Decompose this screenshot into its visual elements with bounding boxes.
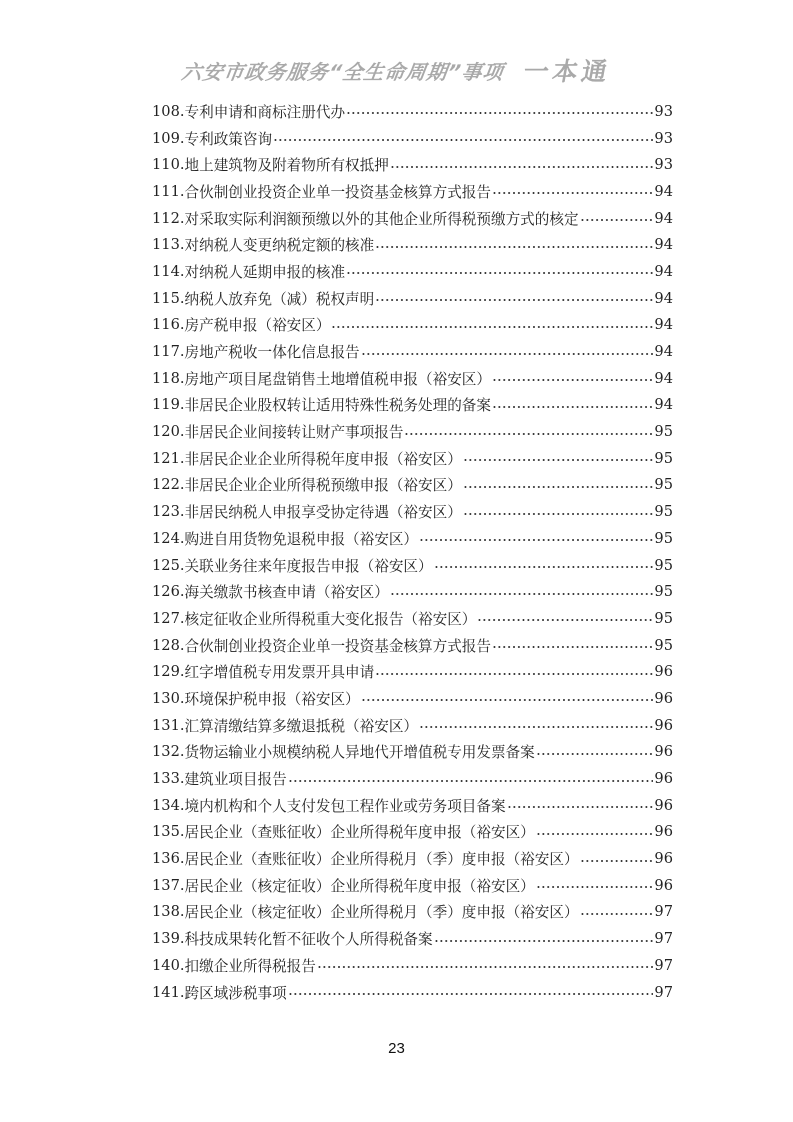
toc-entry-number: 111. bbox=[152, 183, 185, 200]
dot-leader bbox=[419, 718, 653, 732]
toc-entry-page: 94 bbox=[654, 370, 673, 387]
dot-leader bbox=[317, 958, 654, 972]
dot-leader bbox=[492, 184, 653, 198]
dot-leader bbox=[463, 451, 654, 465]
dot-leader bbox=[463, 478, 654, 492]
toc-entry-title: 非居民企业企业所得税预缴申报（裕安区） bbox=[185, 474, 462, 495]
dot-leader bbox=[536, 745, 654, 759]
toc-entry[interactable]: 122.非居民企业企业所得税预缴申报（裕安区）95 bbox=[152, 472, 673, 499]
toc-entry-page: 95 bbox=[654, 637, 673, 654]
toc-entry-page: 96 bbox=[654, 877, 673, 894]
toc-entry-page: 96 bbox=[654, 690, 673, 707]
toc-entry-number: 141. bbox=[152, 984, 185, 1001]
toc-entry-number: 110. bbox=[152, 156, 185, 173]
toc-entry-number: 118. bbox=[152, 370, 185, 387]
toc-entry-number: 119. bbox=[152, 396, 185, 413]
toc-entry-number: 109. bbox=[152, 130, 185, 147]
toc-entry[interactable]: 116.房产税申报（裕安区）94 bbox=[152, 312, 673, 339]
dot-leader bbox=[477, 611, 653, 625]
toc-entry-page: 94 bbox=[654, 210, 673, 227]
toc-entry-page: 96 bbox=[654, 823, 673, 840]
toc-entry-title: 科技成果转化暂不征收个人所得税备案 bbox=[185, 928, 433, 949]
dot-leader bbox=[536, 878, 654, 892]
toc-entry-number: 124. bbox=[152, 530, 185, 547]
toc-entry-number: 121. bbox=[152, 450, 185, 467]
page-header: 六安市政务服务“全生命周期”事项 一本通 bbox=[0, 54, 793, 86]
dot-leader bbox=[434, 932, 654, 946]
dot-leader bbox=[390, 585, 654, 599]
dot-leader bbox=[404, 425, 653, 439]
toc-entry[interactable]: 132.货物运输业小规模纳税人异地代开增值税专用发票备案96 bbox=[152, 739, 673, 766]
toc-entry-number: 134. bbox=[152, 797, 185, 814]
toc-entry-page: 94 bbox=[654, 290, 673, 307]
toc-entry-title: 关联业务往来年度报告申报（裕安区） bbox=[185, 555, 433, 576]
toc-entry-number: 132. bbox=[152, 743, 185, 760]
toc-entry-number: 112. bbox=[152, 210, 185, 227]
toc-entry-title: 房地产项目尾盘销售土地增值税申报（裕安区） bbox=[185, 368, 491, 389]
toc-entry-page: 94 bbox=[654, 316, 673, 333]
toc-entry[interactable]: 125.关联业务往来年度报告申报（裕安区）95 bbox=[152, 552, 673, 579]
header-brand: 一本通 bbox=[521, 52, 614, 88]
toc-entry-page: 94 bbox=[654, 183, 673, 200]
toc-entry[interactable]: 114.对纳税人延期申报的核准94 bbox=[152, 258, 673, 285]
toc-entry[interactable]: 133.建筑业项目报告96 bbox=[152, 765, 673, 792]
toc-entry[interactable]: 121.非居民企业企业所得税年度申报（裕安区）95 bbox=[152, 445, 673, 472]
dot-leader bbox=[361, 345, 654, 359]
toc-entry[interactable]: 128.合伙制创业投资企业单一投资基金核算方式报告95 bbox=[152, 632, 673, 659]
toc-entry-page: 93 bbox=[654, 103, 673, 120]
toc-entry-title: 货物运输业小规模纳税人异地代开增值税专用发票备案 bbox=[185, 741, 535, 762]
dot-leader bbox=[492, 638, 653, 652]
header-title: 六安市政务服务“全生命周期”事项 bbox=[180, 56, 506, 85]
toc-entry-page: 96 bbox=[654, 797, 673, 814]
toc-entry-title: 红字增值税专用发票开具申请 bbox=[185, 661, 375, 682]
toc-entry-page: 96 bbox=[654, 717, 673, 734]
toc-entry-page: 95 bbox=[654, 530, 673, 547]
toc-entry-title: 合伙制创业投资企业单一投资基金核算方式报告 bbox=[185, 635, 491, 656]
toc-entry-number: 139. bbox=[152, 930, 185, 947]
dot-leader bbox=[463, 505, 654, 519]
dot-leader bbox=[536, 825, 654, 839]
toc-entry-page: 96 bbox=[654, 743, 673, 760]
dot-leader bbox=[361, 691, 654, 705]
dot-leader bbox=[492, 371, 653, 385]
toc-entry-page: 96 bbox=[654, 770, 673, 787]
toc-entry-title: 对采取实际利润额预缴以外的其他企业所得税预缴方式的核定 bbox=[185, 208, 579, 229]
toc-entry[interactable]: 112.对采取实际利润额预缴以外的其他企业所得税预缴方式的核定94 bbox=[152, 205, 673, 232]
toc-entry-page: 94 bbox=[654, 236, 673, 253]
toc-entry-page: 97 bbox=[654, 903, 673, 920]
toc-entry-number: 114. bbox=[152, 263, 185, 280]
toc-entry[interactable]: 109.专利政策咨询93 bbox=[152, 125, 673, 152]
toc-entry[interactable]: 139.科技成果转化暂不征收个人所得税备案97 bbox=[152, 925, 673, 952]
toc-entry-page: 93 bbox=[654, 130, 673, 147]
dot-leader bbox=[375, 665, 653, 679]
toc-entry-number: 115. bbox=[152, 290, 185, 307]
dot-leader bbox=[288, 772, 654, 786]
toc-entry[interactable]: 115.纳税人放弃免（减）税权声明94 bbox=[152, 285, 673, 312]
dot-leader bbox=[492, 398, 653, 412]
toc-entry[interactable]: 126.海关缴款书核查申请（裕安区）95 bbox=[152, 578, 673, 605]
dot-leader bbox=[580, 211, 654, 225]
dot-leader bbox=[375, 238, 653, 252]
toc-entry-title: 环境保护税申报（裕安区） bbox=[185, 688, 360, 709]
toc-entry-title: 扣缴企业所得税报告 bbox=[185, 955, 316, 976]
toc-entry-title: 房产税申报（裕安区） bbox=[185, 314, 331, 335]
toc-entry-page: 97 bbox=[654, 984, 673, 1001]
toc-entry[interactable]: 131.汇算清缴结算多缴退抵税（裕安区）96 bbox=[152, 712, 673, 739]
toc-entry-number: 126. bbox=[152, 583, 185, 600]
toc-entry-title: 非居民企业企业所得税年度申报（裕安区） bbox=[185, 448, 462, 469]
toc-entry-number: 135. bbox=[152, 823, 185, 840]
toc-entry[interactable]: 130.环境保护税申报（裕安区）96 bbox=[152, 685, 673, 712]
dot-leader bbox=[434, 558, 654, 572]
toc-entry-title: 汇算清缴结算多缴退抵税（裕安区） bbox=[185, 715, 419, 736]
toc-entry-number: 138. bbox=[152, 903, 185, 920]
toc-entry[interactable]: 134.境内机构和个人支付发包工程作业或劳务项目备案96 bbox=[152, 792, 673, 819]
toc-entry-title: 购进自用货物免退税申报（裕安区） bbox=[185, 528, 419, 549]
toc-entry-title: 境内机构和个人支付发包工程作业或劳务项目备案 bbox=[185, 795, 506, 816]
toc-entry-number: 113. bbox=[152, 236, 185, 253]
toc-entry[interactable]: 141.跨区域涉税事项97 bbox=[152, 979, 673, 1006]
toc-entry-title: 专利政策咨询 bbox=[185, 128, 273, 149]
table-of-contents: 108.专利申请和商标注册代办93109.专利政策咨询93110.地上建筑物及附… bbox=[152, 98, 673, 1005]
dot-leader bbox=[375, 291, 653, 305]
toc-entry-page: 94 bbox=[654, 396, 673, 413]
toc-entry[interactable]: 119.非居民企业股权转让适用特殊性税务处理的备案94 bbox=[152, 392, 673, 419]
toc-entry-title: 核定征收企业所得税重大变化报告（裕安区） bbox=[185, 608, 477, 629]
toc-entry[interactable]: 113.对纳税人变更纳税定额的核准94 bbox=[152, 231, 673, 258]
toc-entry-page: 95 bbox=[654, 476, 673, 493]
toc-entry-page: 95 bbox=[654, 557, 673, 574]
toc-entry-title: 非居民纳税人申报享受协定待遇（裕安区） bbox=[185, 501, 462, 522]
dot-leader bbox=[288, 985, 654, 999]
toc-entry-page: 96 bbox=[654, 663, 673, 680]
toc-entry-number: 131. bbox=[152, 717, 185, 734]
dot-leader bbox=[346, 104, 653, 118]
toc-entry-title: 地上建筑物及附着物所有权抵押 bbox=[185, 154, 389, 175]
dot-leader bbox=[580, 852, 654, 866]
toc-entry-page: 97 bbox=[654, 930, 673, 947]
dot-leader bbox=[390, 158, 654, 172]
toc-entry[interactable]: 108.专利申请和商标注册代办93 bbox=[152, 98, 673, 125]
toc-entry-number: 116. bbox=[152, 316, 185, 333]
toc-entry-number: 108. bbox=[152, 103, 185, 120]
toc-entry[interactable]: 118.房地产项目尾盘销售土地增值税申报（裕安区）94 bbox=[152, 365, 673, 392]
toc-entry[interactable]: 111.合伙制创业投资企业单一投资基金核算方式报告94 bbox=[152, 178, 673, 205]
toc-entry-page: 95 bbox=[654, 610, 673, 627]
toc-entry-page: 97 bbox=[654, 957, 673, 974]
toc-entry-title: 建筑业项目报告 bbox=[185, 768, 287, 789]
toc-entry-number: 123. bbox=[152, 503, 185, 520]
toc-entry[interactable]: 138.居民企业（核定征收）企业所得税月（季）度申报（裕安区）97 bbox=[152, 899, 673, 926]
toc-entry-number: 127. bbox=[152, 610, 185, 627]
toc-entry[interactable]: 123.非居民纳税人申报享受协定待遇（裕安区）95 bbox=[152, 498, 673, 525]
toc-entry-number: 128. bbox=[152, 637, 185, 654]
toc-entry-title: 居民企业（核定征收）企业所得税年度申报（裕安区） bbox=[185, 875, 535, 896]
dot-leader bbox=[273, 131, 653, 145]
toc-entry-page: 94 bbox=[654, 263, 673, 280]
toc-entry-page: 95 bbox=[654, 450, 673, 467]
toc-entry[interactable]: 136.居民企业（查账征收）企业所得税月（季）度申报（裕安区）96 bbox=[152, 845, 673, 872]
toc-entry-title: 居民企业（核定征收）企业所得税月（季）度申报（裕安区） bbox=[185, 901, 579, 922]
toc-entry[interactable]: 110.地上建筑物及附着物所有权抵押93 bbox=[152, 151, 673, 178]
toc-entry-number: 133. bbox=[152, 770, 185, 787]
toc-entry[interactable]: 117.房地产税收一体化信息报告94 bbox=[152, 338, 673, 365]
toc-entry-title: 房地产税收一体化信息报告 bbox=[185, 341, 360, 362]
toc-entry-page: 95 bbox=[654, 503, 673, 520]
toc-entry-number: 140. bbox=[152, 957, 185, 974]
toc-entry[interactable]: 124.购进自用货物免退税申报（裕安区）95 bbox=[152, 525, 673, 552]
toc-entry-title: 专利申请和商标注册代办 bbox=[185, 101, 346, 122]
toc-entry-title: 非居民企业股权转让适用特殊性税务处理的备案 bbox=[185, 394, 491, 415]
toc-entry-number: 130. bbox=[152, 690, 185, 707]
toc-entry-page: 94 bbox=[654, 343, 673, 360]
toc-entry-number: 117. bbox=[152, 343, 185, 360]
toc-entry[interactable]: 120.非居民企业间接转让财产事项报告95 bbox=[152, 418, 673, 445]
toc-entry-page: 93 bbox=[654, 156, 673, 173]
toc-entry-page: 95 bbox=[654, 423, 673, 440]
dot-leader bbox=[419, 531, 653, 545]
toc-entry-title: 纳税人放弃免（减）税权声明 bbox=[185, 288, 375, 309]
dot-leader bbox=[580, 905, 654, 919]
toc-entry[interactable]: 129.红字增值税专用发票开具申请96 bbox=[152, 658, 673, 685]
toc-entry-number: 129. bbox=[152, 663, 185, 680]
toc-entry-number: 125. bbox=[152, 557, 185, 574]
toc-entry-page: 96 bbox=[654, 850, 673, 867]
toc-entry-title: 对纳税人变更纳税定额的核准 bbox=[185, 234, 375, 255]
toc-entry-number: 120. bbox=[152, 423, 185, 440]
toc-entry-number: 137. bbox=[152, 877, 185, 894]
toc-entry-number: 122. bbox=[152, 476, 185, 493]
dot-leader bbox=[507, 798, 654, 812]
toc-entry-title: 居民企业（查账征收）企业所得税年度申报（裕安区） bbox=[185, 821, 535, 842]
page-number: 23 bbox=[0, 1040, 793, 1057]
toc-entry-title: 跨区域涉税事项 bbox=[185, 982, 287, 1003]
toc-entry-title: 非居民企业间接转让财产事项报告 bbox=[185, 421, 404, 442]
toc-entry[interactable]: 127.核定征收企业所得税重大变化报告（裕安区）95 bbox=[152, 605, 673, 632]
toc-entry-page: 95 bbox=[654, 583, 673, 600]
dot-leader bbox=[331, 318, 653, 332]
toc-entry-title: 居民企业（查账征收）企业所得税月（季）度申报（裕安区） bbox=[185, 848, 579, 869]
dot-leader bbox=[346, 264, 653, 278]
toc-entry[interactable]: 140.扣缴企业所得税报告97 bbox=[152, 952, 673, 979]
toc-entry-title: 对纳税人延期申报的核准 bbox=[185, 261, 346, 282]
toc-entry[interactable]: 137.居民企业（核定征收）企业所得税年度申报（裕安区）96 bbox=[152, 872, 673, 899]
toc-entry[interactable]: 135.居民企业（查账征收）企业所得税年度申报（裕安区）96 bbox=[152, 819, 673, 846]
toc-entry-number: 136. bbox=[152, 850, 185, 867]
toc-entry-title: 合伙制创业投资企业单一投资基金核算方式报告 bbox=[185, 181, 491, 202]
toc-entry-title: 海关缴款书核查申请（裕安区） bbox=[185, 581, 389, 602]
